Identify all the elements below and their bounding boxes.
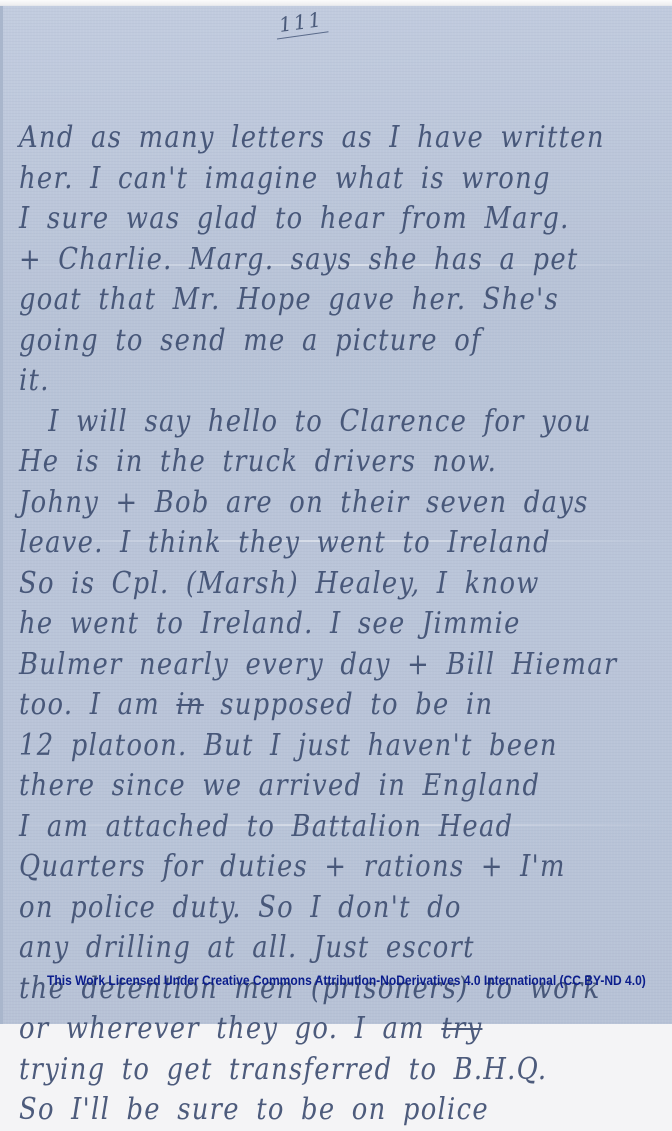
letter-line: it. [19,361,583,402]
line-text: or wherever they go. I am [19,1011,425,1024]
letter-page: 111 And as many letters as I have writte… [0,6,672,1024]
line-text: too. I am [19,687,160,722]
letter-line: Quarters for duties + rations + I'm [19,847,583,888]
letter-line: leave. I think they went to Ireland [19,523,583,564]
letter-line: I am attached to Battalion Head [19,807,583,848]
letter-line: 12 platoon. But I just haven't been [19,726,583,767]
letter-line: I sure was glad to hear from Marg. [19,199,583,240]
letter-line: And as many letters as I have written [19,118,583,159]
letter-line: Johny + Bob are on their seven days [19,483,583,524]
letter-line: I will say hello to Clarence for you [19,402,583,443]
letter-line: too. I am in supposed to be in [19,685,583,726]
letter-body: And as many letters as I have written he… [19,118,672,1024]
letter-line: going to send me a picture of [19,321,583,362]
letter-line: he went to Ireland. I see Jimmie [19,604,583,645]
letter-line: her. I can't imagine what is wrong [19,159,583,200]
letter-line: any drilling at all. Just escort [19,928,583,969]
struck-word: in [176,687,203,722]
letter-line: there since we arrived in England [19,766,583,807]
page-number: 111 [273,6,328,39]
letter-line: goat that Mr. Hope gave her. She's [19,280,583,321]
struck-word: try [441,1011,482,1024]
letter-line: So is Cpl. (Marsh) Healey, I know [19,564,583,605]
letter-line: or wherever they go. I am try [19,1009,583,1024]
license-notice: This Work Licensed Under Creative Common… [47,972,625,988]
letter-line: + Charlie. Marg. says she has a pet [19,240,583,281]
letter-line: on police duty. So I don't do [19,888,583,929]
letter-line: He is in the truck drivers now. [19,442,583,483]
letter-line: Bulmer nearly every day + Bill Hiemar [19,645,583,686]
line-text: supposed to be in [220,687,493,722]
